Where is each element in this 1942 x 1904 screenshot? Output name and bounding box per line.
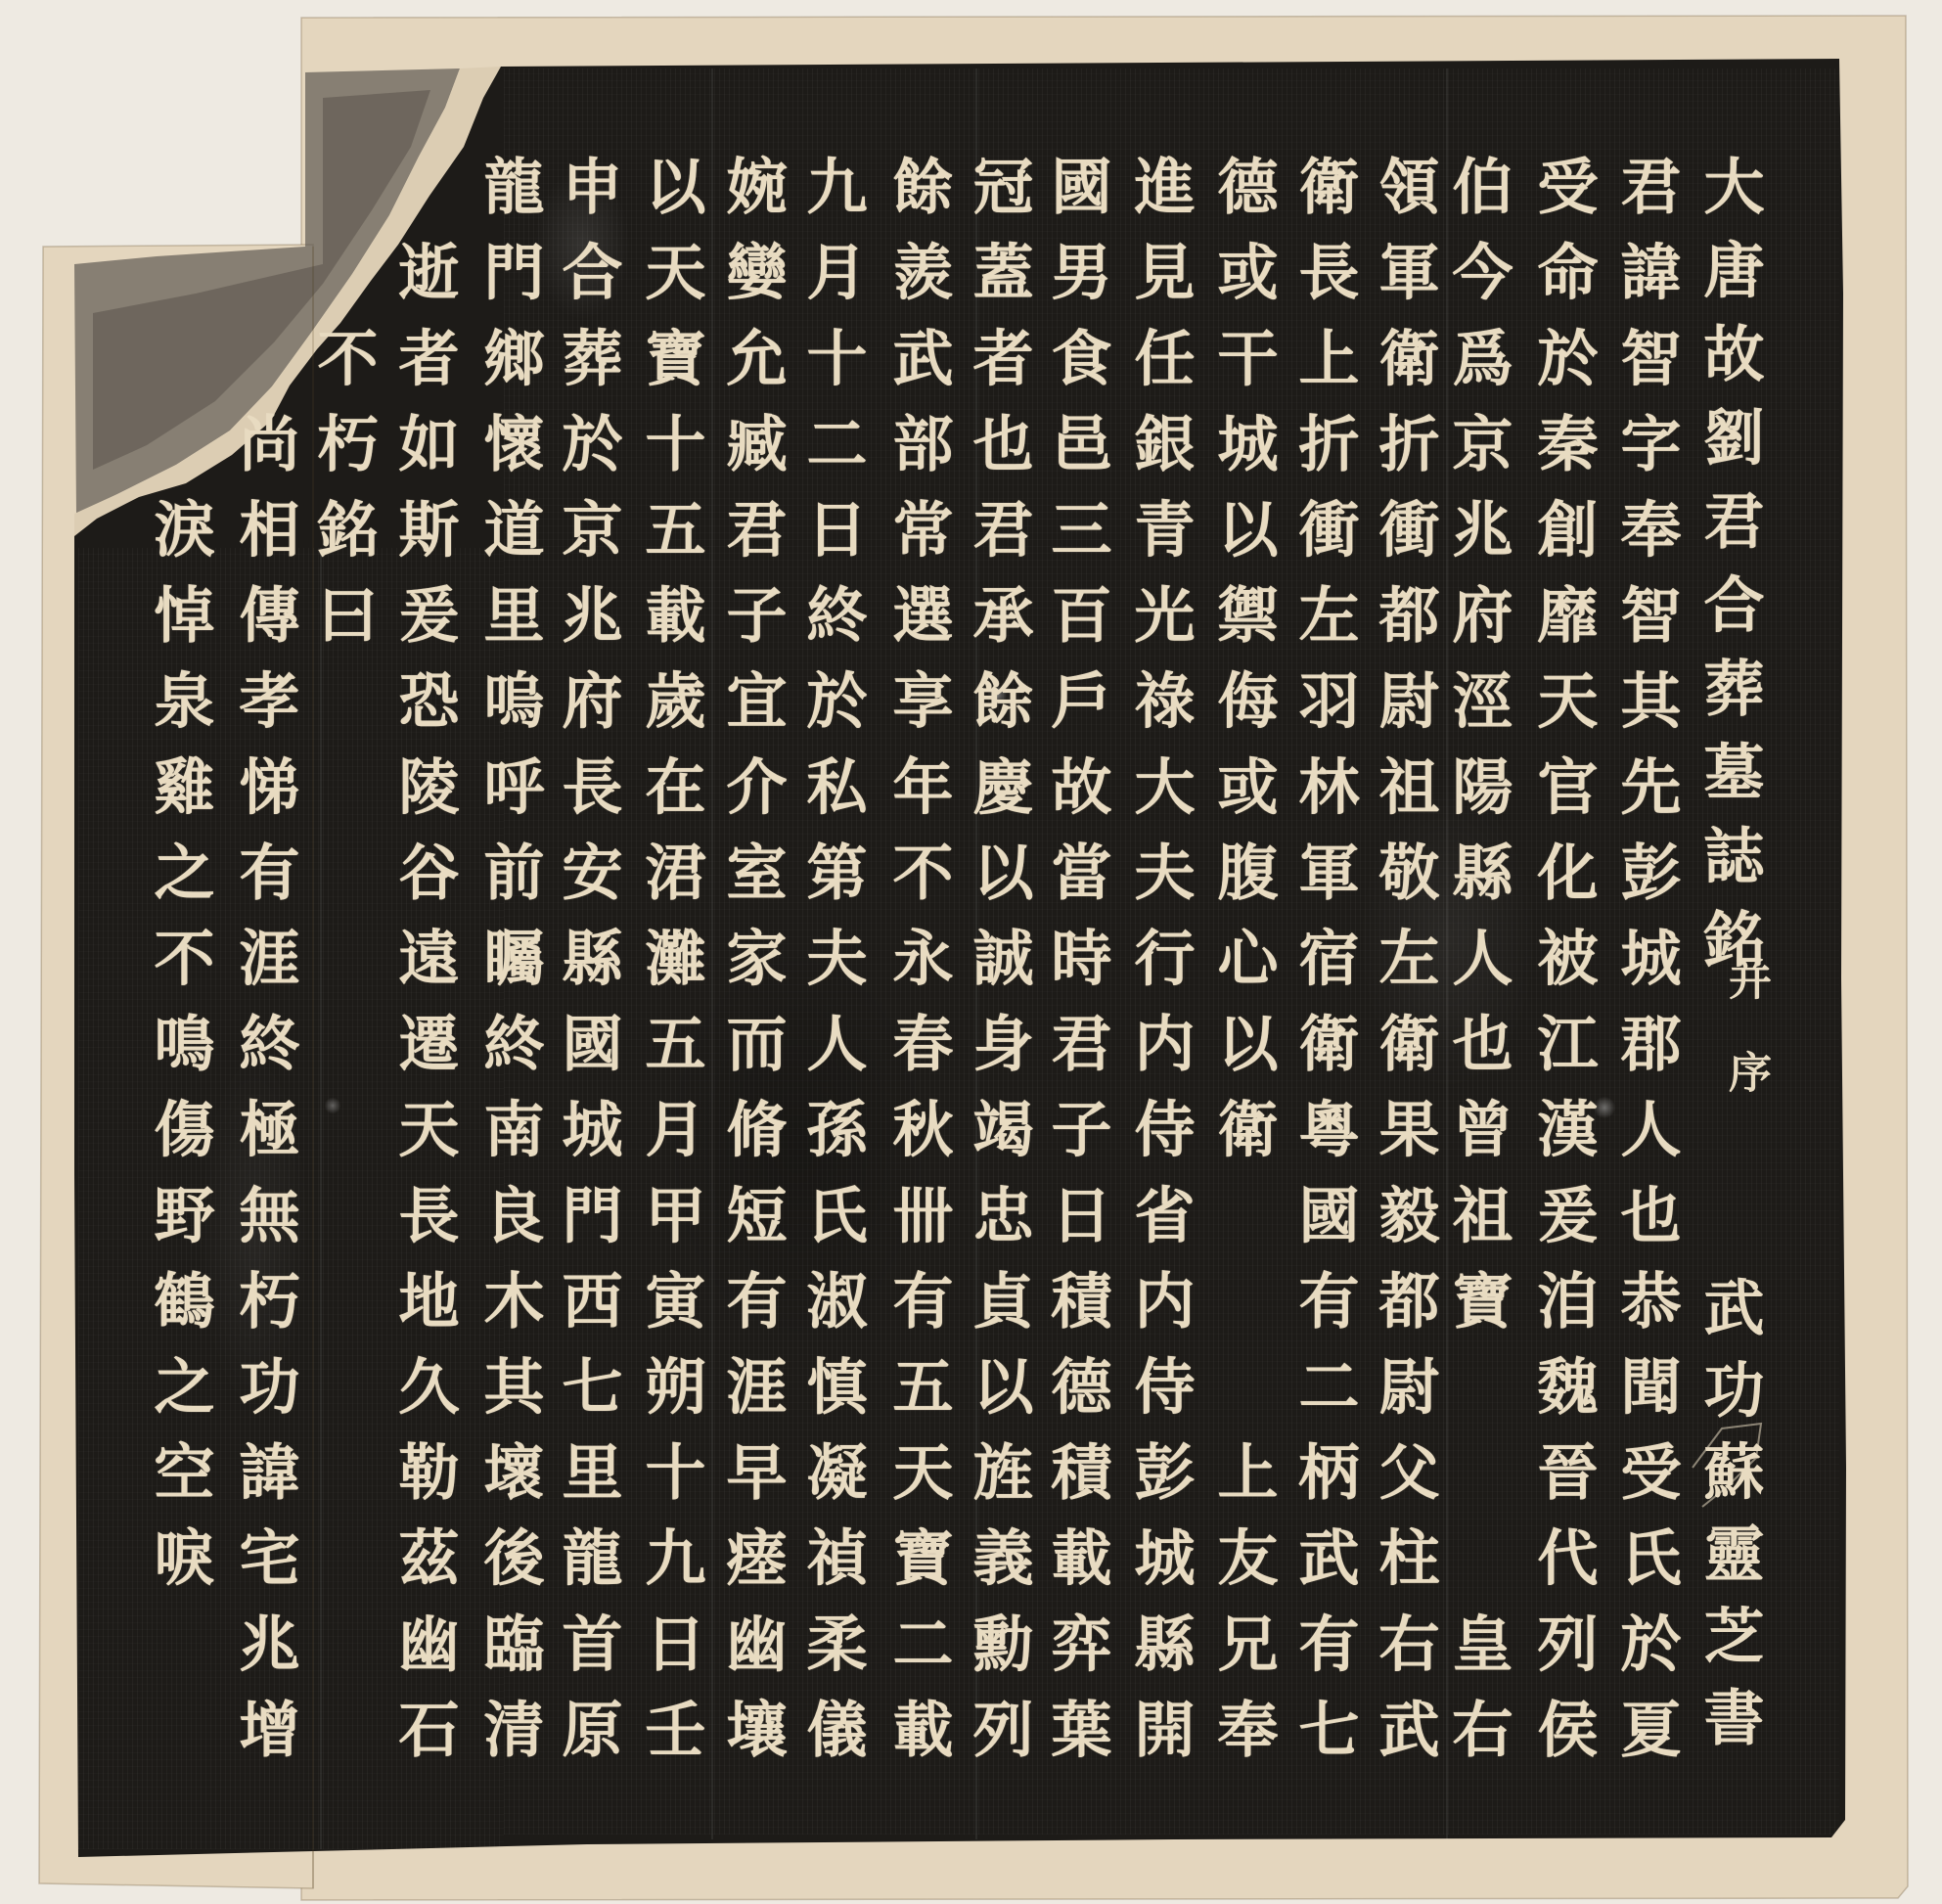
inscription-column-3: 受命於秦創靡天官化被江漢爰洎魏晉代列侯 bbox=[1532, 155, 1593, 1783]
inscription-title-note: 并序 bbox=[1724, 957, 1767, 1143]
inscription-column-4: 伯今爲京兆府涇陽縣人也曾祖寶 皇右 bbox=[1447, 155, 1508, 1783]
inscription-column-8: 進見任銀青光祿大夫行内侍省内侍彭城縣開 bbox=[1129, 155, 1190, 1783]
inscription-column-11: 餘羨武部常選享年不永春秋卌有五天寶二載 bbox=[887, 155, 948, 1783]
inscription-column-19: 尚相傳孝悌有涯終極無朽功諱宅兆增 bbox=[234, 155, 294, 1783]
inscription-column-20: 淚悼泉雞之不鳴傷野鶴之空唳 bbox=[149, 155, 209, 1611]
inscription-column-15: 申合葬於京兆府長安縣國城門西七里龍首原 bbox=[557, 155, 617, 1783]
rubbing-page: 大唐故劉君合葬墓誌銘 并序 武功蘇靈芝書 君諱智字奉智其先彭城郡人也恭聞受氏於夏… bbox=[0, 0, 1942, 1904]
inscription-title: 大唐故劉君合葬墓誌銘 bbox=[1698, 155, 1759, 991]
inscription-column-16: 龍門鄉懷道里嗚呼前矚終南良木其壞後臨清 bbox=[478, 155, 539, 1783]
inscription-column-12: 九月十二日終於私第夫人孫氏淑慎凝禎柔儀 bbox=[801, 155, 862, 1783]
inscription-column-10: 冠蓋者也君承餘慶以誠身竭忠貞以旌義勳列 bbox=[968, 155, 1028, 1783]
inscription-column-9: 國男食邑三百戶故當時君子日積德積載弈葉 bbox=[1046, 155, 1106, 1783]
calligrapher-signature: 武功蘇靈芝書 bbox=[1698, 1276, 1759, 1768]
fold-crease bbox=[711, 68, 713, 1839]
inscription-column-18: 不朽銘曰 bbox=[312, 155, 373, 669]
fold-crease bbox=[320, 548, 322, 1849]
inscription-column-14: 以天寶十五載歲在涒灘五月甲寅朔十九日壬 bbox=[640, 155, 700, 1783]
inscription-column-13: 婉孌允臧君子宜介室家而脩短有涯早瘗幽壤 bbox=[721, 155, 782, 1783]
inscription-column-17: 逝者如斯爰恐陵谷遠遷天長地久勒茲幽石 bbox=[393, 155, 454, 1783]
inscription-column-6: 衛長上折衝左羽林軍宿衛粵國有二柄武有七 bbox=[1293, 155, 1354, 1783]
inscription-column-7: 德或干城以禦侮或腹心以衛 上友兄奉 bbox=[1212, 155, 1273, 1783]
inscription-column-5: 領軍衛折衝都尉祖敬左衛果毅都尉父柱右武 bbox=[1374, 155, 1434, 1783]
inscription-column-2: 君諱智字奉智其先彭城郡人也恭聞受氏於夏 bbox=[1615, 155, 1676, 1783]
